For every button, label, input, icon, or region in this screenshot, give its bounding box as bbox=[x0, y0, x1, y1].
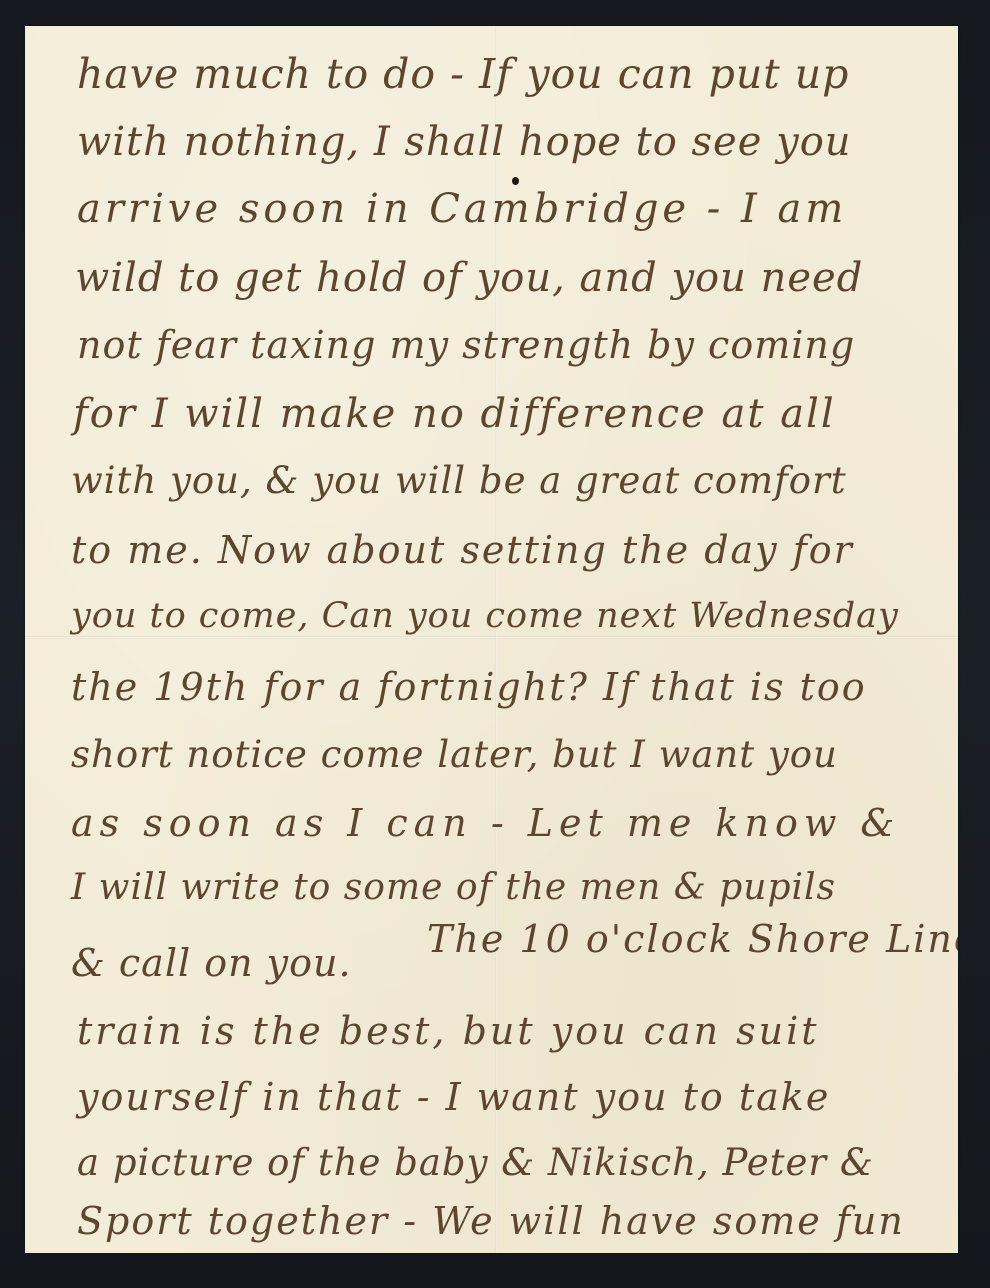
handwritten-line-11: short notice come later, but I want you bbox=[71, 736, 838, 773]
handwritten-line-13: I will write to some of the men & pupils bbox=[71, 870, 836, 906]
handwritten-line-3: arrive soon in Cambridge - I am bbox=[77, 189, 847, 229]
letter-page: have much to do - If you can put up with… bbox=[25, 26, 958, 1253]
handwritten-line-12: as soon as I can - Let me know & bbox=[71, 804, 900, 842]
handwritten-line-18: a picture of the baby & Nikisch, Peter & bbox=[77, 1144, 874, 1181]
handwritten-line-9: you to come, Can you come next Wednesday bbox=[71, 599, 899, 634]
handwritten-line-15: The 10 o'clock Shore Line bbox=[427, 920, 958, 958]
handwritten-line-1: have much to do - If you can put up bbox=[77, 54, 849, 95]
handwritten-line-8: to me. Now about setting the day for bbox=[71, 531, 854, 569]
handwritten-line-6: for I will make no difference at all bbox=[73, 394, 836, 434]
handwritten-line-16: train is the best, but you can suit bbox=[77, 1012, 820, 1050]
dark-mount-background: have much to do - If you can put up with… bbox=[0, 0, 990, 1288]
handwritten-line-7: with you, & you will be a great comfort bbox=[71, 462, 847, 499]
handwritten-line-5: not fear taxing my strength by coming bbox=[77, 326, 855, 364]
horizontal-fold-crease bbox=[25, 636, 958, 639]
handwritten-line-2: with nothing, I shall hope to see you bbox=[77, 122, 852, 162]
handwritten-line-17: yourself in that - I want you to take bbox=[77, 1078, 830, 1116]
handwritten-line-19: Sport together - We will have some fun bbox=[77, 1202, 905, 1240]
ink-blot bbox=[512, 177, 519, 185]
handwritten-line-10: the 19th for a fortnight? If that is too bbox=[71, 668, 867, 706]
handwritten-line-4: wild to get hold of you, and you need bbox=[75, 258, 863, 298]
handwritten-line-14: & call on you. bbox=[71, 944, 352, 982]
